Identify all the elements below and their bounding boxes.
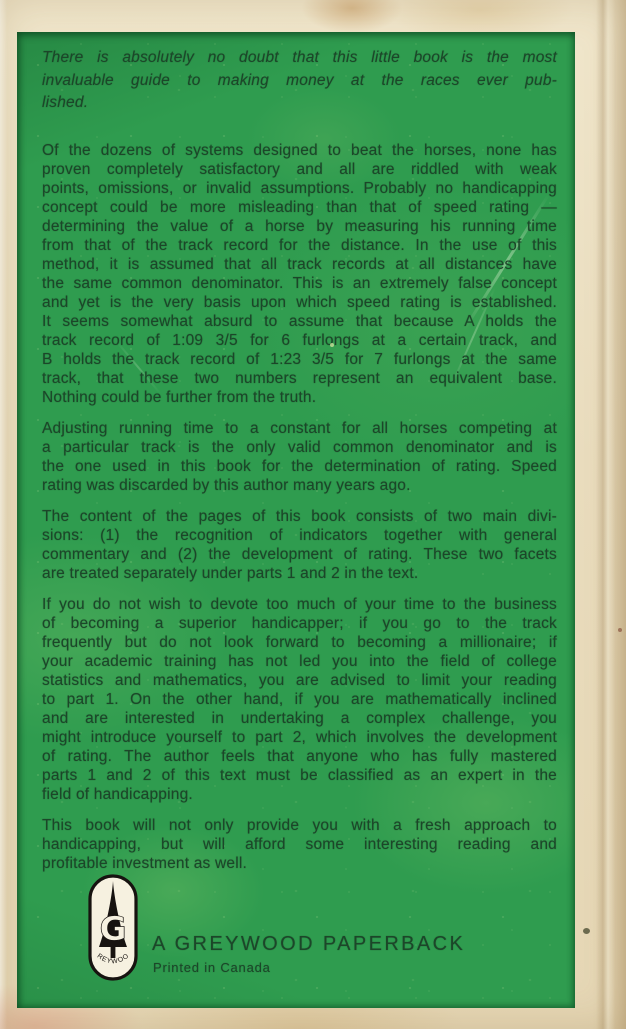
blurb-text: There is absolutely no doubt that this l…	[42, 32, 557, 873]
blurb-text-line: from that of the track record for the di…	[42, 236, 557, 255]
blurb-text-line: profitable investment as well.	[42, 854, 557, 873]
blurb-text-line: If you do not wish to devote too much of…	[42, 595, 557, 614]
stain-speck	[618, 628, 622, 632]
blurb-text-line: The content of the pages of this book co…	[42, 507, 557, 526]
stain-speck	[583, 928, 590, 934]
blurb-text-line: This book will not only provide you with…	[42, 816, 557, 835]
blurb-text-line: proven completely satisfactory and all a…	[42, 160, 557, 179]
blurb-paragraph: This book will not only provide you with…	[42, 816, 557, 873]
blurb-paragraph: Of the dozens of systems designed to bea…	[42, 141, 557, 407]
blurb-text-line: track, that these two numbers represent …	[42, 369, 557, 388]
blurb-paragraph: If you do not wish to devote too much of…	[42, 595, 557, 804]
blurb-text-line: parts 1 and 2 of this text must be class…	[42, 766, 557, 785]
blurb-text-line: are treated separately under parts 1 and…	[42, 564, 557, 583]
blurb-text-line: B holds the track record of 1:23 3/5 for…	[42, 350, 557, 369]
blurb-text-line: might introduce yourself to part 2, whic…	[42, 728, 557, 747]
blurb-text-line: It seems somewhat absurd to assume that …	[42, 312, 557, 331]
blurb-text-line: determining the value of a horse by meas…	[42, 217, 557, 236]
blurb-text-line: to part 1. On the other hand, if you are…	[42, 690, 557, 709]
blurb-text-line: There is absolutely no doubt that this l…	[42, 47, 557, 70]
green-cover-panel: There is absolutely no doubt that this l…	[17, 32, 575, 1008]
blurb-text-line: of rating. The author feels that anyone …	[42, 747, 557, 766]
blurb-text-line: and are interested in undertaking a comp…	[42, 709, 557, 728]
blurb-text-line: lished.	[42, 92, 557, 115]
blurb-text-line: and yet is the very basis upon which spe…	[42, 293, 557, 312]
blurb-text-line: points, omissions, or invalid assumption…	[42, 179, 557, 198]
blurb-text-line: commentary and (2) the development of ra…	[42, 545, 557, 564]
blurb-text-line: concept could be more misleading than th…	[42, 198, 557, 217]
logo-letter: G	[99, 909, 126, 948]
blurb-text-line: statistics and mathematics, you are advi…	[42, 671, 557, 690]
printed-in-line: Printed in Canada	[153, 960, 271, 975]
greywood-logo-icon: G GREYWOOD	[88, 874, 138, 981]
blurb-text-line: handicapping, but will afford some inter…	[42, 835, 557, 854]
blurb-text-line: Of the dozens of systems designed to bea…	[42, 141, 557, 160]
blurb-text-line: your academic training has not led you i…	[42, 652, 557, 671]
blurb-paragraph: Adjusting running time to a constant for…	[42, 419, 557, 495]
blurb-text-line: track record of 1:09 3/5 for 6 furlongs …	[42, 331, 557, 350]
blurb-text-line: the same common denominator. This is an …	[42, 274, 557, 293]
blurb-text-line: invaluable guide to making money at the …	[42, 70, 557, 93]
blurb-text-line: the one used in this book for the determ…	[42, 457, 557, 476]
blurb-text-line: rating was discarded by this author many…	[42, 476, 557, 495]
blurb-text-line: Nothing could be further from the truth.	[42, 388, 557, 407]
blurb-paragraph: The content of the pages of this book co…	[42, 507, 557, 583]
publisher-line: A GREYWOOD PAPERBACK	[152, 933, 465, 956]
blurb-text-line: sions: (1) the recognition of indicators…	[42, 526, 557, 545]
book-back-cover-photo: There is absolutely no doubt that this l…	[0, 0, 626, 1029]
blurb-text-line: a particular track is the only valid com…	[42, 438, 557, 457]
blurb-text-line: field of handicapping.	[42, 785, 557, 804]
blurb-paragraph: There is absolutely no doubt that this l…	[42, 47, 557, 115]
tree-trunk	[111, 947, 116, 958]
blurb-text-line: of becoming a superior handicapper; if y…	[42, 614, 557, 633]
blurb-text-line: method, it is assumed that all track rec…	[42, 255, 557, 274]
blurb-text-line: frequently but do not look forward to be…	[42, 633, 557, 652]
blurb-text-line: Adjusting running time to a constant for…	[42, 419, 557, 438]
